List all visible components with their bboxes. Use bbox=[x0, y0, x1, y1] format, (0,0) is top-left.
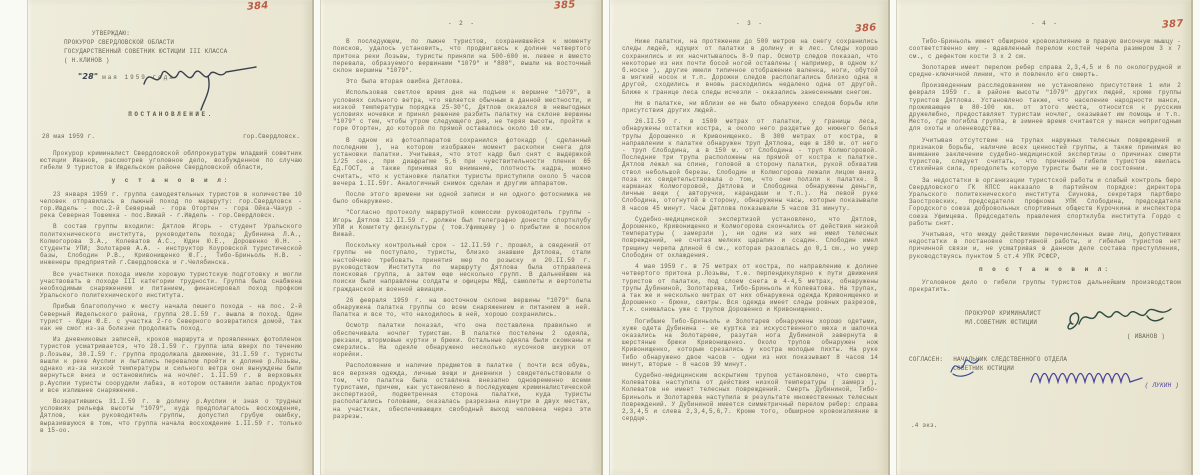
paragraph: За недостатки в организации туристской р… bbox=[909, 177, 1181, 227]
paragraph: В одном из фотоаппаратов сохранился фото… bbox=[333, 137, 591, 187]
paragraph: Учитывая, что между действиями перечисле… bbox=[909, 231, 1181, 260]
page-body: - 4 -Тибо-Бриньоль имеет обширное кровои… bbox=[909, 20, 1181, 294]
paragraph: Расположение и наличие предметов в палат… bbox=[333, 362, 591, 420]
paragraph: Прокурор криминалист Свердловской облпро… bbox=[40, 150, 302, 172]
document-strip: 384 УТВЕРЖДАЮ:ПРОКУРОР СВЕРДЛОВСКОЙ ОБЛА… bbox=[0, 0, 1200, 475]
paragraph: Ниже палатки, на протяжении до 500 метро… bbox=[622, 38, 878, 96]
paragraph: Осмотр палатки показал, что она поставле… bbox=[333, 322, 591, 358]
document-page-3: 386 - 3 -Ниже палатки, на протяжении до … bbox=[609, 0, 890, 475]
document-page-2: 385 - 2 -В последующем, по лыжне туристо… bbox=[320, 0, 603, 475]
signer-name: ( ЛУКИН ) bbox=[1145, 382, 1179, 389]
page-number-heading: - 3 - bbox=[622, 20, 878, 27]
section-heading: у с т а н о в и л: bbox=[40, 177, 302, 184]
paragraph: Использовав светлое время дня на подъем … bbox=[333, 89, 591, 132]
signer-name: ( ИВАНОВ ) bbox=[909, 333, 1165, 340]
dateline-date: 28 мая 1959 г. bbox=[42, 133, 95, 140]
page-body: Прокурор криминалист Свердловской облпро… bbox=[40, 150, 302, 434]
paragraph: Произведенным расследованием не установл… bbox=[909, 82, 1181, 132]
signature-block: ПРОКУРОР КРИМИНАЛИСТ МЛ.СОВЕТНИК ЮСТИЦИИ… bbox=[909, 310, 1181, 430]
paragraph: Все участники похода имели хорошую турис… bbox=[40, 271, 302, 300]
paragraph: Из дневниковых записей, кроков маршрута … bbox=[40, 336, 302, 394]
paragraph: После этого времени ни одной записи и ни… bbox=[333, 191, 591, 205]
paragraph: Возвратившись 31.I.59 г. в долину р.Аусп… bbox=[40, 398, 302, 434]
paragraph: Поскольку контрольный срок - 12.II.59 г.… bbox=[333, 242, 591, 292]
page-body: - 3 -Ниже палатки, на протяжении до 500 … bbox=[622, 20, 878, 422]
page-number-heading: - 2 - bbox=[333, 20, 591, 27]
paragraph: 26 февраля 1959 г. на восточном склоне в… bbox=[333, 297, 591, 319]
paragraph: Тибо-Бриньоль имеет обширное кровоизлиян… bbox=[909, 38, 1181, 60]
sheet-number: 384 bbox=[246, 1, 268, 12]
document-page-4: 387 - 4 -Тибо-Бриньоль имеет обширное кр… bbox=[896, 0, 1193, 475]
paragraph: Это была вторая ошибка Дятлова. bbox=[333, 78, 591, 85]
approval-line: УТВЕРЖДАЮ: bbox=[64, 30, 302, 37]
paragraph: В состав группы входили: Дятлов Игорь - … bbox=[40, 223, 302, 266]
sheet-number: 385 bbox=[553, 0, 575, 11]
chief-signature-row: ( ЛУКИН ) bbox=[909, 374, 1181, 404]
klinov-signature bbox=[138, 54, 268, 116]
paragraph: Золотарев имеет перелом ребер справа 2,3… bbox=[909, 64, 1181, 78]
approval-block: УТВЕРЖДАЮ:ПРОКУРОР СВЕРДЛОВСКОЙ ОБЛАСТИГ… bbox=[64, 30, 302, 81]
paragraph: Судебно-медицинской экспертизой установл… bbox=[622, 216, 878, 259]
copies-note: .4 экз. bbox=[911, 422, 1181, 429]
dateline: 28 мая 1959 г. гор.Свердловск. bbox=[42, 133, 300, 140]
paragraph: Ни в палатке, ни вблизи ее не было обнар… bbox=[622, 100, 878, 114]
paragraph: Погибшие Тибо-Бриньоль и Золотарев обнар… bbox=[622, 318, 878, 368]
approval-line: ПРОКУРОР СВЕРДЛОВСКОЙ ОБЛАСТИ bbox=[64, 39, 302, 46]
paragraph: 4 мая 1959 г. в 75 метрах от костра, по … bbox=[622, 263, 878, 313]
agree-label: СОГЛАСЕН: bbox=[909, 356, 943, 374]
paragraph: В последующем, по лыжне туристов, сохран… bbox=[333, 38, 591, 74]
ivanov-signature bbox=[1063, 300, 1175, 334]
section-heading: п о с т а н о в и л: bbox=[909, 266, 1181, 273]
lukin-signature bbox=[1029, 362, 1155, 388]
paragraph: 23 января 1959 г. группа самодеятельных … bbox=[40, 191, 302, 220]
paragraph: Учитывая отсутствие на трупах наружных т… bbox=[909, 137, 1181, 173]
paragraph: 26.II.59 г. в 1500 метрах от палатки, у … bbox=[622, 118, 878, 212]
page-body: - 2 -В последующем, по лыжне туристов, с… bbox=[333, 20, 591, 420]
paragraph: Судебно-медицинским вскрытием трупов уст… bbox=[622, 372, 878, 422]
dateline-city: гор.Свердловск. bbox=[243, 133, 300, 140]
page-number-heading: - 4 - bbox=[909, 20, 1181, 27]
document-page-1: 384 УТВЕРЖДАЮ:ПРОКУРОР СВЕРДЛОВСКОЙ ОБЛА… bbox=[27, 0, 314, 475]
sheet-number: 386 bbox=[854, 23, 876, 34]
paragraph: "Согласно протоколу маршрутной комиссии … bbox=[333, 209, 591, 238]
sheet-number: 387 bbox=[1161, 19, 1183, 30]
paragraph: Прибыв благополучно к месту начала пешег… bbox=[40, 303, 302, 332]
paragraph: Уголовное дело о гибели группы туристов … bbox=[909, 279, 1181, 293]
handwritten-day: "28" bbox=[78, 72, 98, 81]
